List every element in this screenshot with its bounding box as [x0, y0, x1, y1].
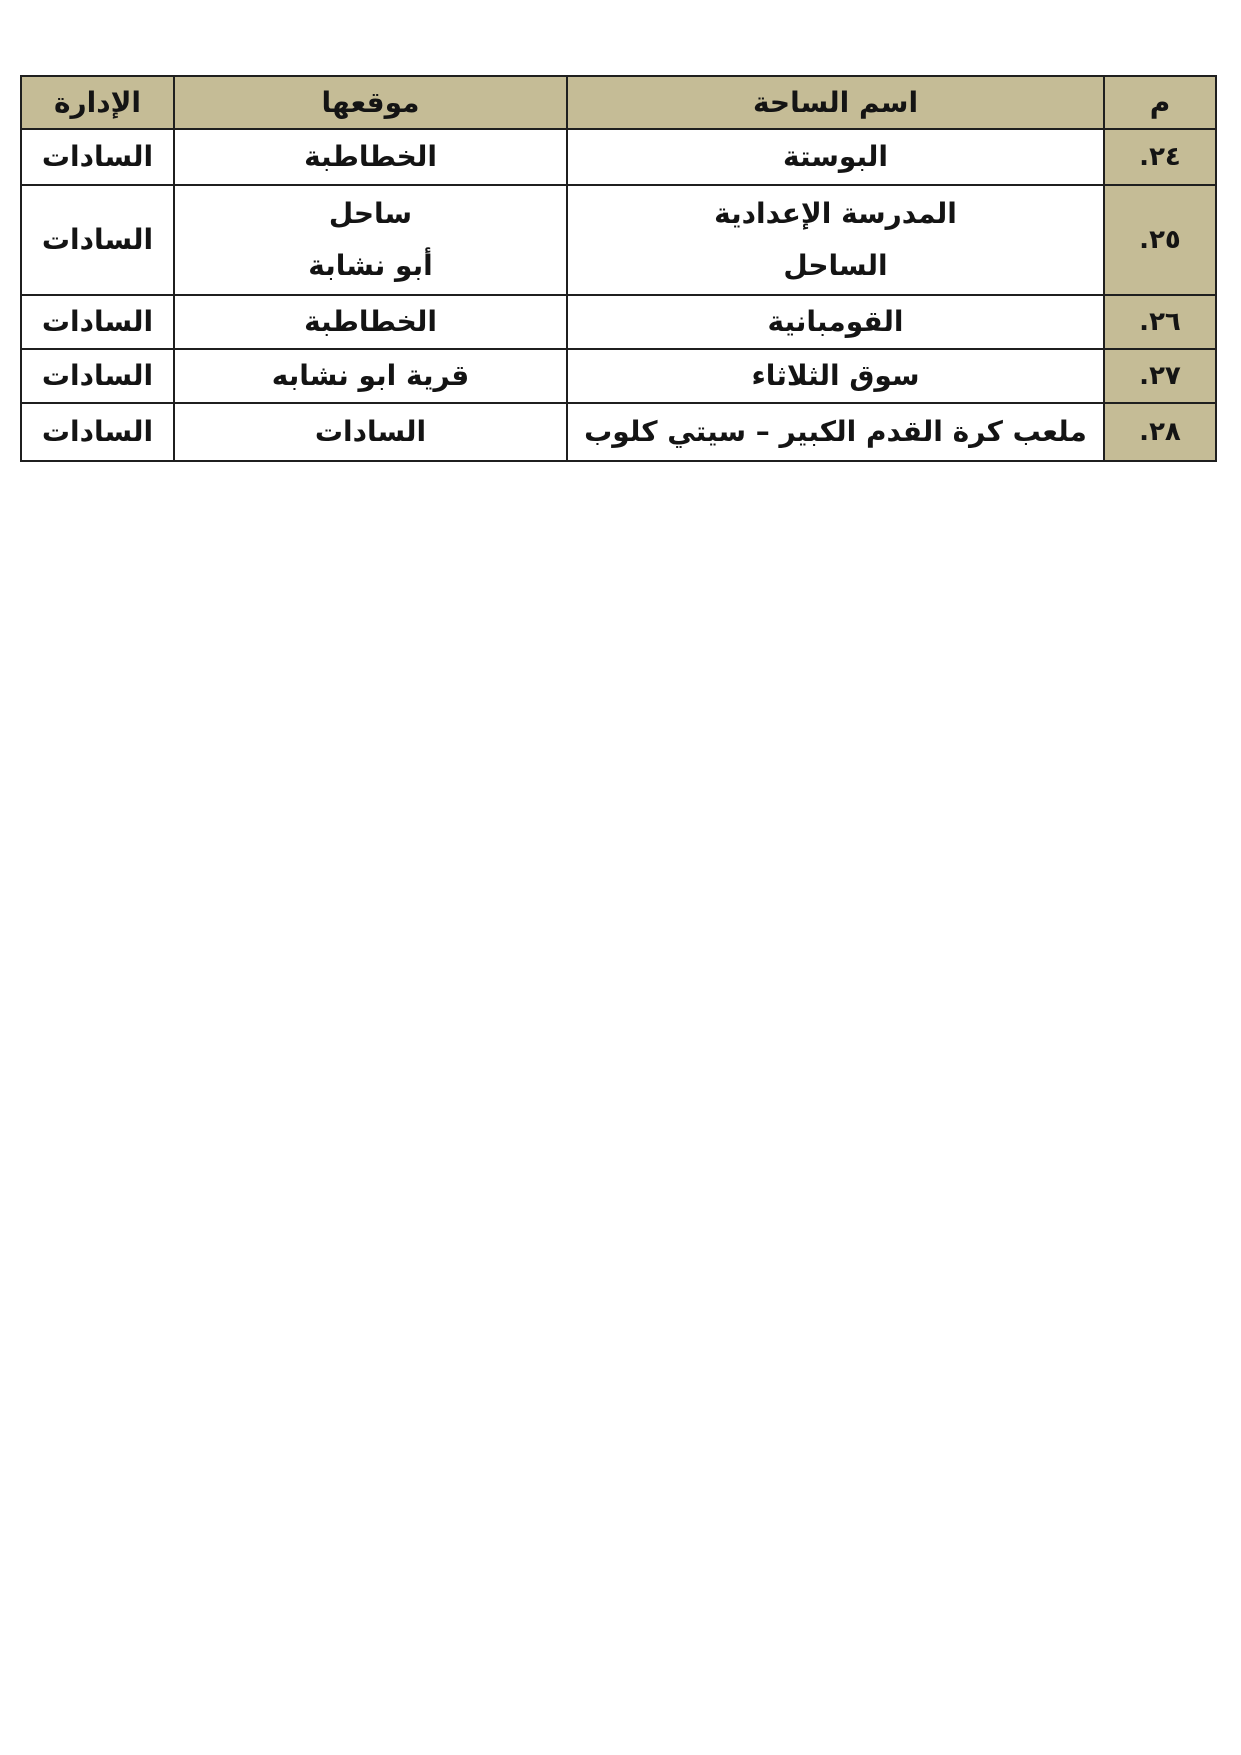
table-header-row: م اسم الساحة موقعها الإدارة [21, 76, 1216, 129]
cell-name: البوستة [567, 129, 1104, 185]
cell-admin: السادات [21, 185, 174, 295]
table-row: ٢٦.القومبانيةالخطاطبةالسادات [21, 295, 1216, 349]
header-cell-name: اسم الساحة [567, 76, 1104, 129]
cell-location: قرية ابو نشابه [174, 349, 567, 403]
cell-name: سوق الثلاثاء [567, 349, 1104, 403]
cell-num: ٢٥. [1104, 185, 1216, 295]
cell-admin: السادات [21, 349, 174, 403]
cell-num: ٢٤. [1104, 129, 1216, 185]
table-body: ٢٤.البوستةالخطاطبةالسادات٢٥.المدرسة الإع… [21, 129, 1216, 461]
cell-num: ٢٧. [1104, 349, 1216, 403]
cell-num: ٢٨. [1104, 403, 1216, 461]
header-cell-location: موقعها [174, 76, 567, 129]
cell-name: المدرسة الإعداديةالساحل [567, 185, 1104, 295]
cell-name: القومبانية [567, 295, 1104, 349]
table-row: ٢٥.المدرسة الإعداديةالساحلساحلأبو نشابةا… [21, 185, 1216, 295]
document-page: م اسم الساحة موقعها الإدارة ٢٤.البوستةال… [0, 0, 1241, 1755]
cell-admin: السادات [21, 129, 174, 185]
header-cell-admin: الإدارة [21, 76, 174, 129]
table-row: ٢٨.ملعب كرة القدم الكبير – سيتي كلوبالسا… [21, 403, 1216, 461]
table-row: ٢٧.سوق الثلاثاءقرية ابو نشابهالسادات [21, 349, 1216, 403]
arenas-table: م اسم الساحة موقعها الإدارة ٢٤.البوستةال… [20, 75, 1217, 462]
cell-location: الخطاطبة [174, 295, 567, 349]
cell-location: ساحلأبو نشابة [174, 185, 567, 295]
cell-num: ٢٦. [1104, 295, 1216, 349]
cell-admin: السادات [21, 295, 174, 349]
cell-location: السادات [174, 403, 567, 461]
cell-name: ملعب كرة القدم الكبير – سيتي كلوب [567, 403, 1104, 461]
cell-admin: السادات [21, 403, 174, 461]
table-row: ٢٤.البوستةالخطاطبةالسادات [21, 129, 1216, 185]
header-cell-num: م [1104, 76, 1216, 129]
cell-location: الخطاطبة [174, 129, 567, 185]
